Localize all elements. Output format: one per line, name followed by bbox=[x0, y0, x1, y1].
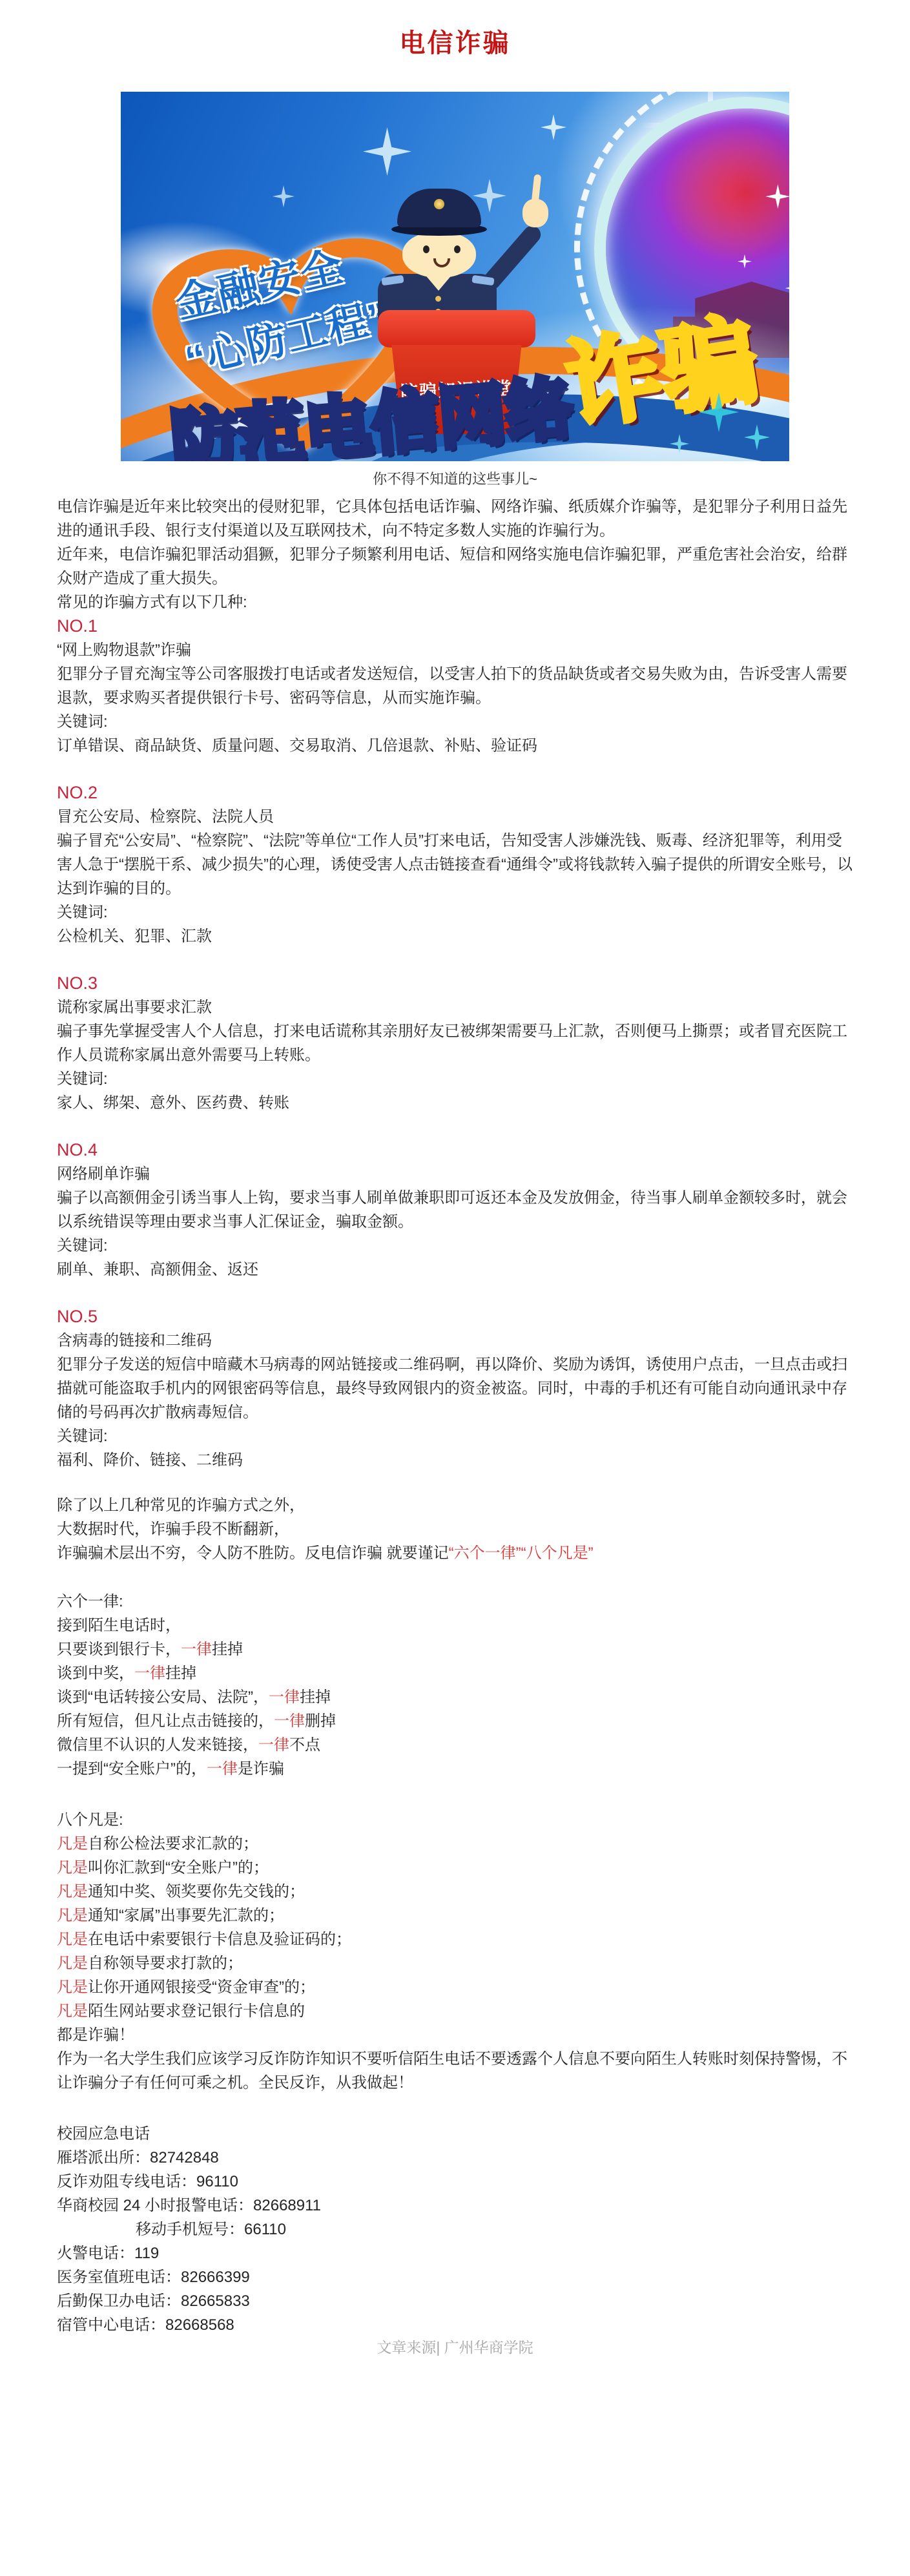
rule-line: 微信里不认识的人发来链接，一律不点 bbox=[57, 1733, 853, 1757]
whenever-red: 凡是 bbox=[57, 1907, 88, 1924]
phone-line: 反诈劝阻专线电话：96110 bbox=[57, 2170, 853, 2194]
whenever-line: 凡是叫你汇款到“安全账户”的； bbox=[57, 1856, 853, 1880]
whenever-red: 凡是 bbox=[57, 1859, 88, 1876]
whenever-text: 让你开通网银接受“资金审查”的； bbox=[88, 1979, 315, 1996]
fraud-section-4: NO.4 网络刷单诈骗 骗子以高额佣金引诱当事人上钩，要求当事人刷单做兼职即可返… bbox=[57, 1138, 853, 1282]
intro-block: 电信诈骗是近年来比较突出的侵财犯罪，它具体包括电话诈骗、网络诈骗、纸质媒介诈骗等… bbox=[57, 495, 853, 590]
keywords: 福利、降价、链接、二维码 bbox=[57, 1448, 853, 1472]
transition-line-2: 大数据时代，诈骗手段不断翻新， bbox=[57, 1517, 853, 1541]
whenever-text: 自称领导要求打款的； bbox=[88, 1955, 243, 1972]
page-title: 电信诈骗 bbox=[0, 28, 910, 58]
rule-line: 谈到中奖，一律挂掉 bbox=[57, 1661, 853, 1685]
rule-text: 谈到中奖， bbox=[57, 1665, 134, 1682]
transition-line-3-black: 诈骗骗术层出不穷，令人防不胜防。反电信诈骗 就要谨记 bbox=[57, 1544, 449, 1562]
section-body: 骗子冒充“公安局”、“检察院”、“法院”等单位“工作人员”打来电话，告知受害人涉… bbox=[57, 829, 853, 900]
officer-eye bbox=[423, 245, 429, 253]
rule-red: 一律 bbox=[274, 1712, 305, 1730]
phone-line: 医务室值班电话：82666399 bbox=[57, 2265, 853, 2289]
phone-line: 后勤保卫办电话：82665833 bbox=[57, 2289, 853, 2313]
section-body: 犯罪分子发送的短信中暗藏木马病毒的网站链接或二维码啊，再以降价、奖励为诱饵，诱使… bbox=[57, 1353, 853, 1424]
keywords: 家人、绑架、意外、医药费、转账 bbox=[57, 1091, 853, 1115]
whenever-text: 通知中奖、领奖要你先交钱的； bbox=[88, 1883, 305, 1900]
officer-face bbox=[402, 231, 476, 278]
emergency-phone-block: 校园应急电话 雁塔派出所：82742848 反诈劝阻专线电话：96110 华商校… bbox=[57, 2122, 853, 2337]
section-title: “网上购物退款”诈骗 bbox=[57, 638, 853, 662]
section-body: 骗子以高额佣金引诱当事人上钩，要求当事人刷单做兼职即可返还本金及发放佣金，待当事… bbox=[57, 1186, 853, 1234]
keywords: 刷单、兼职、高额佣金、返还 bbox=[57, 1258, 853, 1282]
phone-line: 雁塔派出所：82742848 bbox=[57, 2146, 853, 2170]
rule-text: 挂掉 bbox=[165, 1665, 196, 1682]
phone-line: 宿管中心电话：82668568 bbox=[57, 2313, 853, 2337]
rule-text: 是诈骗 bbox=[238, 1760, 284, 1778]
section-number: NO.3 bbox=[57, 971, 853, 995]
officer-hand bbox=[522, 199, 548, 227]
transition-block: 除了以上几种常见的诈骗方式之外， 大数据时代，诈骗手段不断翻新， 诈骗骗术层出不… bbox=[57, 1493, 853, 1565]
whenever-red: 凡是 bbox=[57, 1955, 88, 1972]
keywords-label: 关键词: bbox=[57, 1424, 853, 1448]
fraud-section-2: NO.2 冒充公安局、检察院、法院人员 骗子冒充“公安局”、“检察院”、“法院”… bbox=[57, 781, 853, 948]
intro-paragraph-1: 电信诈骗是近年来比较突出的侵财犯罪，它具体包括电话诈骗、网络诈骗、纸质媒介诈骗等… bbox=[57, 495, 853, 543]
whenever-text: 自称公检法要求汇款的； bbox=[88, 1835, 258, 1853]
article-source-footer: 文章来源| 广州华商学院 bbox=[57, 2337, 853, 2358]
rule-text: 微信里不认识的人发来链接， bbox=[57, 1736, 258, 1754]
rule-text: 只要谈到银行卡， bbox=[57, 1641, 181, 1658]
rule-red: 一律 bbox=[207, 1760, 238, 1778]
closing-paragraph: 作为一名大学生我们应该学习反诈防诈知识不要听信陌生电话不要透露个人信息不要向陌生… bbox=[57, 2047, 853, 2095]
rule-text: 挂掉 bbox=[212, 1641, 243, 1658]
phone-line: 火警电话：119 bbox=[57, 2241, 853, 2265]
article-body: 电信诈骗是近年来比较突出的侵财犯罪，它具体包括电话诈骗、网络诈骗、纸质媒介诈骗等… bbox=[57, 495, 853, 2358]
transition-line-3-red: “六个一律”“八个凡是” bbox=[449, 1544, 594, 1562]
whenever-red: 凡是 bbox=[57, 1883, 88, 1900]
whenever-text: 陌生网站要求登记银行卡信息的 bbox=[88, 2002, 305, 2020]
section-body: 骗子事先掌握受害人个人信息，打来电话谎称其亲朋好友已被绑架需要马上汇款，否则便马… bbox=[57, 1019, 853, 1067]
rule-text: 所有短信，但凡让点击链接的， bbox=[57, 1712, 274, 1730]
whenever-red: 凡是 bbox=[57, 2002, 88, 2020]
fraud-section-3: NO.3 谎称家属出事要求汇款 骗子事先掌握受害人个人信息，打来电话谎称其亲朋好… bbox=[57, 971, 853, 1115]
transition-line-1: 除了以上几种常见的诈骗方式之外， bbox=[57, 1493, 853, 1517]
rule-text: 不点 bbox=[289, 1736, 320, 1754]
officer-button bbox=[435, 296, 441, 302]
rule-text: 一提到“安全账户”的， bbox=[57, 1760, 207, 1778]
lead-line: 常见的诈骗方式有以下几种: bbox=[57, 590, 853, 614]
rule-red: 一律 bbox=[181, 1641, 212, 1658]
sparkle-star-icon bbox=[273, 185, 295, 207]
rule-text: 挂掉 bbox=[300, 1688, 331, 1706]
whenever-red: 凡是 bbox=[57, 1835, 88, 1853]
section-body: 犯罪分子冒充淘宝等公司客服拨打电话或者发送短信，以受害人拍下的货品缺货或者交易失… bbox=[57, 662, 853, 710]
emblem-red-glow bbox=[656, 119, 789, 265]
podium-top bbox=[378, 310, 535, 348]
transition-line-3: 诈骗骗术层出不穷，令人防不胜防。反电信诈骗 就要谨记“六个一律”“八个凡是” bbox=[57, 1541, 853, 1565]
phone-line: 移动手机短号：66110 bbox=[57, 2218, 853, 2241]
six-rules-block: 六个一律: 接到陌生电话时， 只要谈到银行卡，一律挂掉 谈到中奖，一律挂掉 谈到… bbox=[57, 1590, 853, 1781]
rule-line: 所有短信，但凡让点击链接的，一律删掉 bbox=[57, 1709, 853, 1733]
eight-whenever-block: 八个凡是: 凡是自称公检法要求汇款的； 凡是叫你汇款到“安全账户”的； 凡是通知… bbox=[57, 1808, 853, 2047]
rule-red: 一律 bbox=[269, 1688, 300, 1706]
banner-image: 金融安全 “心防工程” 防骗知识讲堂 防范电信网络 诈骗 bbox=[121, 92, 789, 461]
emergency-heading: 校园应急电话 bbox=[57, 2122, 853, 2146]
eight-whenever-heading: 八个凡是: bbox=[57, 1808, 853, 1832]
rule-line: 只要谈到银行卡，一律挂掉 bbox=[57, 1637, 853, 1661]
rule-line: 接到陌生电话时， bbox=[57, 1614, 853, 1637]
section-number: NO.5 bbox=[57, 1305, 853, 1329]
keywords-label: 关键词: bbox=[57, 1067, 853, 1091]
intro-paragraph-2: 近年来，电信诈骗犯罪活动猖獗，犯罪分子频繁利用电话、短信和网络实施电信诈骗犯罪，… bbox=[57, 543, 853, 590]
section-number: NO.4 bbox=[57, 1138, 853, 1162]
whenever-line: 凡是陌生网站要求登记银行卡信息的 bbox=[57, 1999, 853, 2023]
rule-line: 谈到“电话转接公安局、法院”，一律挂掉 bbox=[57, 1685, 853, 1709]
keywords-label: 关键词: bbox=[57, 710, 853, 734]
whenever-line: 凡是通知中奖、领奖要你先交钱的； bbox=[57, 1880, 853, 1904]
rule-red: 一律 bbox=[134, 1665, 165, 1682]
section-title: 网络刷单诈骗 bbox=[57, 1162, 853, 1186]
section-number: NO.2 bbox=[57, 781, 853, 805]
rule-line: 一提到“安全账户”的，一律是诈骗 bbox=[57, 1757, 853, 1781]
whenever-line: 凡是在电话中索要银行卡信息及验证码的； bbox=[57, 1927, 853, 1951]
whenever-red: 凡是 bbox=[57, 1979, 88, 1996]
rule-text: 谈到“电话转接公安局、法院”， bbox=[57, 1688, 269, 1706]
whenever-conclusion: 都是诈骗！ bbox=[57, 2023, 853, 2047]
officer-eye bbox=[454, 245, 460, 253]
whenever-line: 凡是自称领导要求打款的； bbox=[57, 1951, 853, 1975]
section-title: 谎称家属出事要求汇款 bbox=[57, 995, 853, 1019]
whenever-line: 凡是让你开通网银接受“资金审查”的； bbox=[57, 1975, 853, 1999]
section-title: 含病毒的链接和二维码 bbox=[57, 1329, 853, 1353]
article-page: 电信诈骗 金融安全 “心防工程” bbox=[0, 0, 910, 2576]
keywords-label: 关键词: bbox=[57, 900, 853, 924]
banner-caption: 你不得不知道的这些事儿~ bbox=[0, 470, 910, 489]
whenever-text: 在电话中索要银行卡信息及验证码的； bbox=[88, 1931, 351, 1948]
fraud-section-1: NO.1 “网上购物退款”诈骗 犯罪分子冒充淘宝等公司客服拨打电话或者发送短信，… bbox=[57, 614, 853, 758]
rule-text: 接到陌生电话时， bbox=[57, 1617, 181, 1634]
section-title: 冒充公安局、检察院、法院人员 bbox=[57, 805, 853, 829]
rule-red: 一律 bbox=[258, 1736, 289, 1754]
whenever-text: 叫你汇款到“安全账户”的； bbox=[88, 1859, 269, 1876]
fraud-section-5: NO.5 含病毒的链接和二维码 犯罪分子发送的短信中暗藏木马病毒的网站链接或二维… bbox=[57, 1305, 853, 1472]
police-badge-icon bbox=[434, 199, 444, 209]
section-number: NO.1 bbox=[57, 614, 853, 638]
whenever-line: 凡是自称公检法要求汇款的； bbox=[57, 1832, 853, 1856]
sparkle-star-icon bbox=[363, 127, 411, 176]
keywords: 公检机关、犯罪、汇款 bbox=[57, 924, 853, 948]
keywords-label: 关键词: bbox=[57, 1234, 853, 1258]
rule-text: 删掉 bbox=[305, 1712, 336, 1730]
whenever-line: 凡是通知“家属”出事要先汇款的； bbox=[57, 1904, 853, 1927]
phone-line: 华商校园 24 小时报警电话：82668911 bbox=[57, 2194, 853, 2218]
whenever-text: 通知“家属”出事要先汇款的； bbox=[88, 1907, 284, 1924]
keywords: 订单错误、商品缺货、质量问题、交易取消、几倍退款、补贴、验证码 bbox=[57, 734, 853, 758]
whenever-red: 凡是 bbox=[57, 1931, 88, 1948]
six-rules-heading: 六个一律: bbox=[57, 1590, 853, 1614]
